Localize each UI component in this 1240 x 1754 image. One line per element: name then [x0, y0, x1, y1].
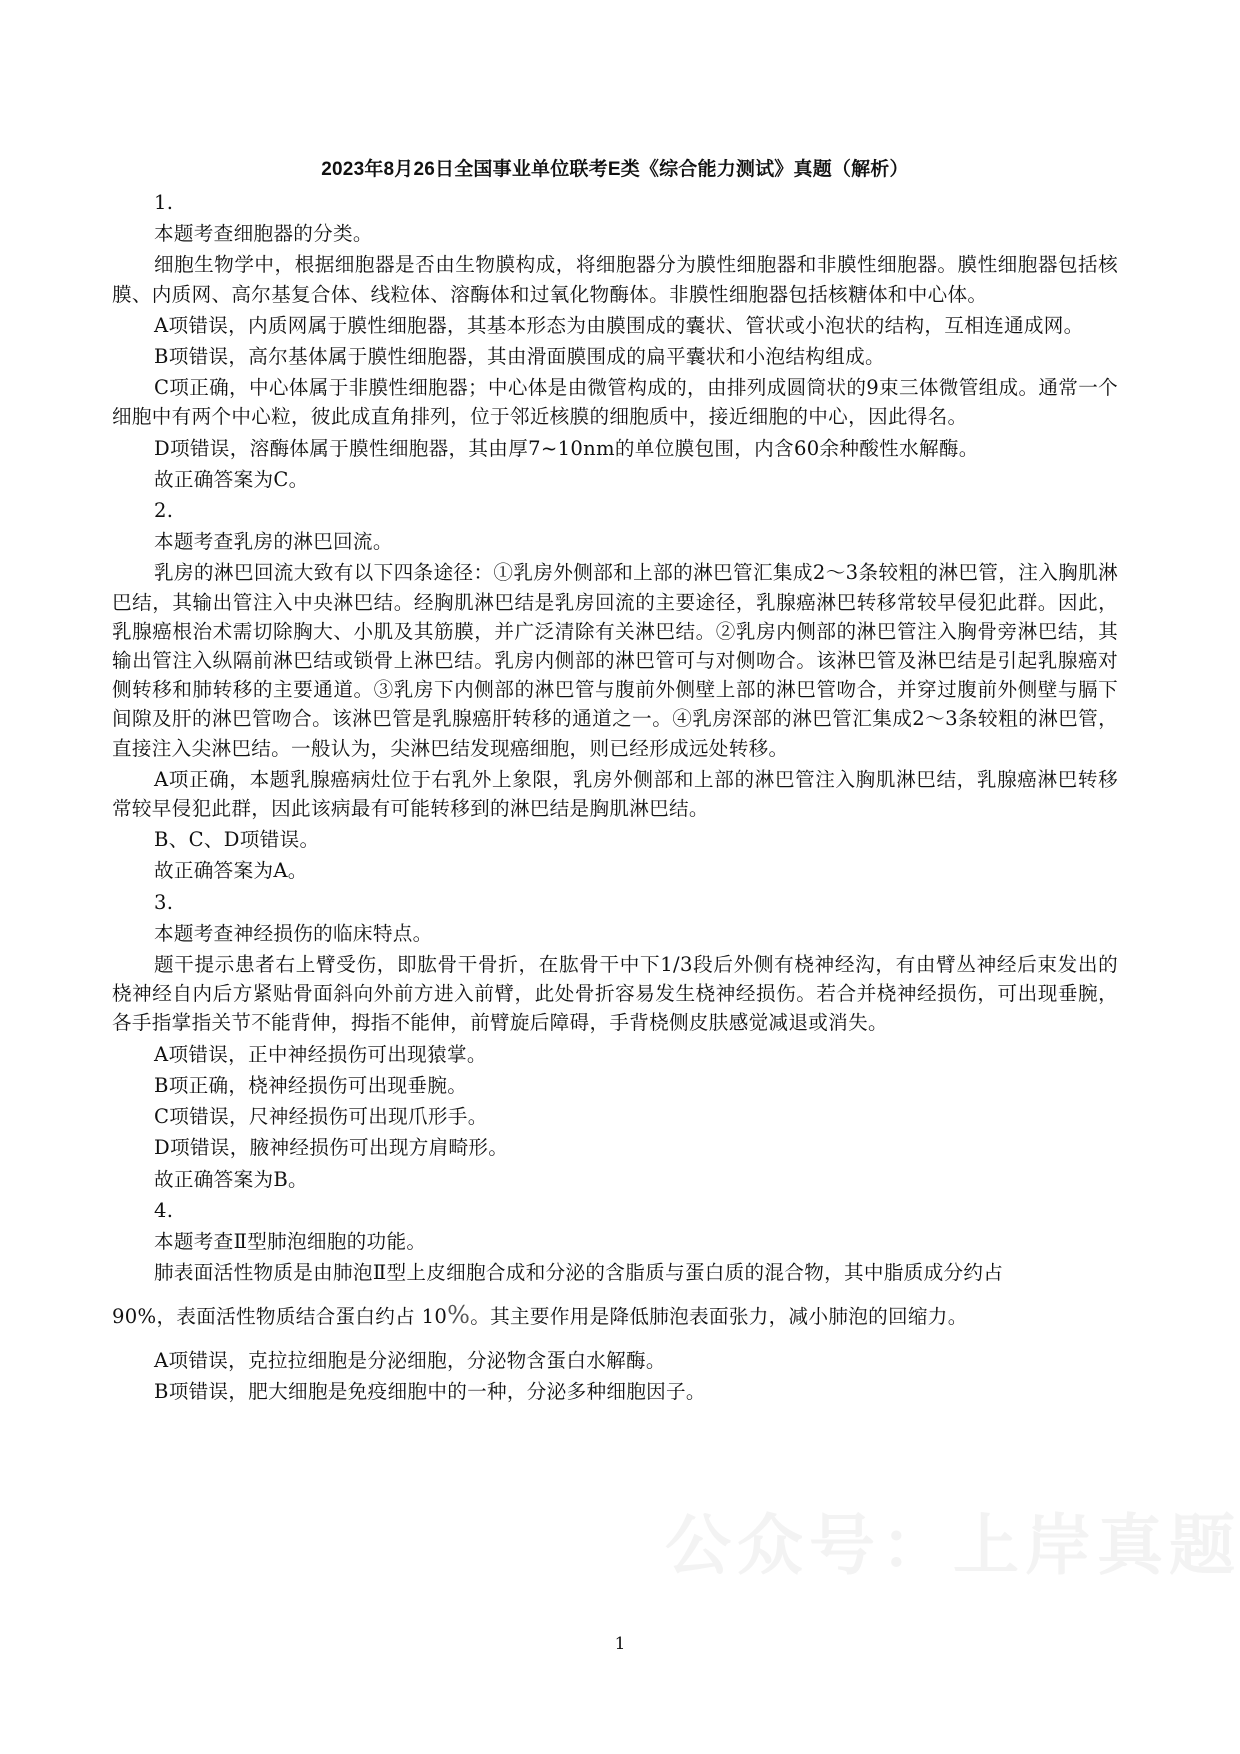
explanation-paragraph: 乳房的淋巴回流大致有以下四条途径：①乳房外侧部和上部的淋巴管汇集成2～3条较粗的…: [112, 558, 1118, 762]
document-page: 2023年8月26日全国事业单位联考E类《综合能力测试》真题（解析） 1. 本题…: [112, 156, 1118, 1408]
option-analysis-b: B项错误，高尔基体属于膜性细胞器，其由滑面膜围成的扁平囊状和小泡结构组成。: [112, 342, 1118, 371]
question-number: 4.: [112, 1196, 1118, 1225]
option-analysis-c: C项错误，尺神经损伤可出现爪形手。: [112, 1102, 1118, 1131]
question-number: 3.: [112, 888, 1118, 917]
option-analysis-d: D项错误，溶酶体属于膜性细胞器，其由厚7~10nm的单位膜包围，内含60余种酸性…: [112, 434, 1118, 463]
explanation-end: 。其主要作用是降低肺泡表面张力，减小肺泡的回缩力。: [470, 1305, 967, 1328]
page-number: 1: [0, 1634, 1240, 1654]
question-3: 3. 本题考查神经损伤的临床特点。 题干提示患者右上臂受伤，即肱骨干骨折，在肱骨…: [112, 888, 1118, 1194]
answer-line: 故正确答案为B。: [112, 1165, 1118, 1194]
watermark: 公众号：上岸真题库: [665, 1513, 1240, 1579]
option-analysis-a: A项错误，克拉拉细胞是分泌细胞，分泌物含蛋白水解酶。: [112, 1346, 1118, 1375]
question-number: 1.: [112, 188, 1118, 217]
explanation-paragraph: 题干提示患者右上臂受伤，即肱骨干骨折，在肱骨干中下1/3段后外侧有桡神经沟，有由…: [112, 950, 1118, 1038]
explanation-paragraph-line1: 肺表面活性物质是由肺泡Ⅱ型上皮细胞合成和分泌的含脂质与蛋白质的混合物，其中脂质成…: [112, 1258, 1118, 1287]
option-analysis-a: A项错误，正中神经损伤可出现猿掌。: [112, 1040, 1118, 1069]
question-topic: 本题考查Ⅱ型肺泡细胞的功能。: [112, 1227, 1118, 1256]
option-analysis-a: A项正确，本题乳腺癌病灶位于右乳外上象限，乳房外侧部和上部的淋巴管注入胸肌淋巴结…: [112, 765, 1118, 823]
question-topic: 本题考查细胞器的分类。: [112, 219, 1118, 248]
percent-sign: %: [447, 1301, 470, 1329]
option-analysis-bcd: B、C、D项错误。: [112, 825, 1118, 854]
question-1: 1. 本题考查细胞器的分类。 细胞生物学中，根据细胞器是否由生物膜构成，将细胞器…: [112, 188, 1118, 494]
explanation-paragraph: 细胞生物学中，根据细胞器是否由生物膜构成，将细胞器分为膜性细胞器和非膜性细胞器。…: [112, 250, 1118, 308]
explanation-mid: ，表面活性物质结合蛋白约占 10: [156, 1305, 447, 1328]
document-title: 2023年8月26日全国事业单位联考E类《综合能力测试》真题（解析）: [112, 156, 1118, 184]
question-2: 2. 本题考查乳房的淋巴回流。 乳房的淋巴回流大致有以下四条途径：①乳房外侧部和…: [112, 496, 1118, 886]
question-topic: 本题考查乳房的淋巴回流。: [112, 527, 1118, 556]
question-number: 2.: [112, 496, 1118, 525]
option-analysis-d: D项错误，腋神经损伤可出现方肩畸形。: [112, 1133, 1118, 1162]
option-analysis-a: A项错误，内质网属于膜性细胞器，其基本形态为由膜围成的囊状、管状或小泡状的结构，…: [112, 311, 1118, 340]
option-analysis-b: B项错误，肥大细胞是免疫细胞中的一种，分泌多种细胞因子。: [112, 1377, 1118, 1406]
answer-line: 故正确答案为C。: [112, 465, 1118, 494]
option-analysis-b: B项正确，桡神经损伤可出现垂腕。: [112, 1071, 1118, 1100]
question-4: 4. 本题考查Ⅱ型肺泡细胞的功能。 肺表面活性物质是由肺泡Ⅱ型上皮细胞合成和分泌…: [112, 1196, 1118, 1406]
option-analysis-c: C项正确，中心体属于非膜性细胞器；中心体是由微管构成的，由排列成圆筒状的9束三体…: [112, 373, 1118, 431]
explanation-paragraph-line2: 90%，表面活性物质结合蛋白约占 10%。其主要作用是降低肺泡表面张力，减小肺泡…: [112, 1301, 1118, 1331]
question-topic: 本题考查神经损伤的临床特点。: [112, 919, 1118, 948]
answer-line: 故正确答案为A。: [112, 856, 1118, 885]
percent-90: 90%: [112, 1305, 156, 1328]
